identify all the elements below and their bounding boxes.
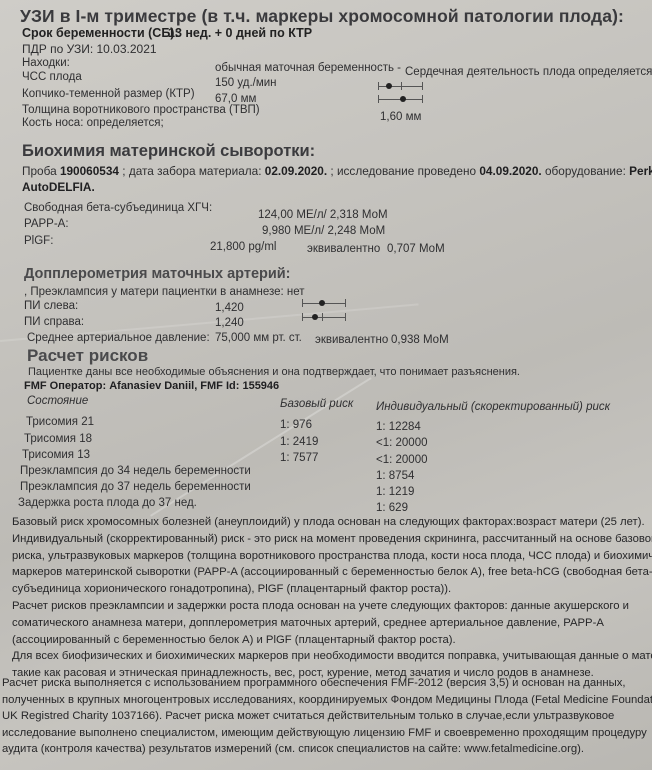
risk-explanation: Базовый риск хромосомных болезней (анеуп… <box>12 514 652 682</box>
note-line: Индивидуальный (скорректированный) риск … <box>12 531 652 548</box>
note-line: риска, ультразвуковых маркеров (толщина … <box>12 548 652 565</box>
fhr-value: 150 уд./мин <box>215 77 277 89</box>
row-base-risk: 1: 7577 <box>280 452 318 464</box>
row-condition: Трисомия 21 <box>26 416 94 428</box>
pi-right-value: 1,240 <box>215 317 244 329</box>
map-equiv-label: эквивалентно <box>315 334 388 346</box>
note-line: Расчет рисков преэклампсии и задержки ро… <box>12 598 652 615</box>
note-line: полученных в крупных многоцентровых иссл… <box>2 692 652 709</box>
row-condition: Трисомия 18 <box>24 433 92 445</box>
findings-label: Находки: <box>22 57 70 69</box>
row-base-risk: 1: 976 <box>280 419 312 431</box>
fhr-range-marker <box>378 82 423 90</box>
note-line: субъединица хорионического гонадотропина… <box>12 581 652 598</box>
marker-plgf-value: 21,800 pg/ml <box>210 241 277 253</box>
row-individual-risk: 1: 629 <box>376 502 408 514</box>
fhr-label: ЧСС плода <box>22 71 82 83</box>
biochemistry-title: Биохимия материнской сыворотки: <box>22 142 315 161</box>
marker-plgf-equiv-label: эквивалентно <box>307 243 380 255</box>
software-disclaimer: Расчет риска выполняется с использование… <box>2 675 652 758</box>
row-individual-risk: <1: 20000 <box>376 454 427 466</box>
collection-date: 02.09.2020. <box>265 164 327 178</box>
pi-left-value: 1,420 <box>215 302 244 314</box>
header-base-risk: Базовый риск <box>280 398 353 410</box>
note-line: соматического анамнеза матери, допплером… <box>12 615 652 632</box>
note-line: UK Registred Charity 1037166). Расчет ри… <box>2 708 652 725</box>
findings-value: обычная маточная беременность - <box>215 62 401 74</box>
note-line: (ассоциированный с беременностью белок А… <box>12 632 652 649</box>
sample-line: Проба 190060534 ; дата забора материала:… <box>22 164 652 178</box>
doppler-title: Допплерометрия маточных артерий: <box>24 266 291 282</box>
header-condition: Состояние <box>27 395 88 407</box>
map-label: Среднее артериальное давление: <box>27 332 210 344</box>
row-base-risk: 1: 2419 <box>280 436 318 448</box>
row-condition: Трисомия 13 <box>22 449 90 461</box>
consent-text: Пациентке даны все необходимые объяснени… <box>28 366 520 378</box>
note-line: Базовый риск хромосомных болезней (анеуп… <box>12 514 652 531</box>
study-date: 04.09.2020. <box>479 164 541 178</box>
sample-prefix: Проба <box>22 164 57 178</box>
ultrasound-report-page: УЗИ в I-м триместре (в т.ч. маркеры хром… <box>0 0 652 770</box>
pi-right-label: ПИ справа: <box>24 316 84 328</box>
pi-left-range-marker <box>302 299 346 307</box>
nt-label: Толщина воротникового пространства (ТВП) <box>22 104 260 116</box>
row-condition: Преэклампсия до 37 недель беременности <box>20 481 251 493</box>
note-line: Для всех биофизических и биохимических м… <box>12 648 652 665</box>
risk-title: Расчет рисков <box>27 346 148 366</box>
note-line: аудита (контроля качества) результатов и… <box>2 741 652 758</box>
ultrasound-title: УЗИ в I-м триместре (в т.ч. маркеры хром… <box>20 6 624 27</box>
cardiac-activity: Сердечная деятельность плода определяетс… <box>405 66 652 78</box>
gestational-age-label: Срок беременности (СБ): <box>22 26 179 40</box>
header-individual-risk: Индивидуальный (скоректированный) риск <box>376 401 610 413</box>
row-individual-risk: <1: 20000 <box>376 437 427 449</box>
fmf-operator: FMF Оператор: Afanasiev Daniil, FMF Id: … <box>24 380 279 392</box>
equipment-model: AutoDELFIA. <box>22 180 95 194</box>
gestational-age-value: 13 нед. + 0 дней по КТР <box>168 26 312 40</box>
edd: ПДР по УЗИ: 10.03.2021 <box>22 42 157 56</box>
collection-prefix: ; дата забора материала: <box>122 164 261 178</box>
marker-hcg-label: Свободная бета-субъединица ХГЧ: <box>24 202 212 214</box>
marker-pappa-label: PAPP-A: <box>24 218 69 230</box>
marker-plgf-label: PlGF: <box>24 235 53 247</box>
note-line: маркеров материнской сыворотки (PAPP-A (… <box>12 564 652 581</box>
row-individual-risk: 1: 12284 <box>376 421 421 433</box>
note-line: исследование выполнено специалистом, име… <box>2 725 652 742</box>
crl-label: Копчико-теменной размер (КТР) <box>22 88 195 100</box>
marker-hcg-value: 124,00 МЕ/л/ 2,318 МоМ <box>258 209 388 221</box>
row-condition: Преэклампсия до 34 недель беременности <box>20 465 251 477</box>
sample-id: 190060534 <box>60 164 119 178</box>
row-individual-risk: 1: 8754 <box>376 470 414 482</box>
nt-value: 1,60 мм <box>380 111 421 123</box>
note-line: Расчет риска выполняется с использование… <box>2 675 652 692</box>
crl-range-marker <box>378 95 423 103</box>
row-condition: Задержка роста плода до 37 нед. <box>18 497 197 509</box>
equipment-prefix: оборудование: <box>545 164 626 178</box>
map-equiv-value: 0,938 МоМ <box>391 334 449 346</box>
preeclampsia-history: , Преэклампсия у матери пациентки в анам… <box>24 286 305 298</box>
row-individual-risk: 1: 1219 <box>376 486 414 498</box>
pi-right-range-marker <box>302 313 346 321</box>
nasal-bone: Кость носа: определяется; <box>22 117 164 129</box>
equipment-name: PerkinElmer <box>629 164 652 178</box>
map-value: 75,000 мм рт. ст. <box>215 332 302 344</box>
pi-left-label: ПИ слева: <box>24 300 78 312</box>
marker-plgf-equiv-value: 0,707 МоМ <box>387 243 445 255</box>
marker-pappa-value: 9,980 МЕ/л/ 2,248 МоМ <box>262 225 385 237</box>
study-prefix: ; исследование проведено <box>330 164 476 178</box>
